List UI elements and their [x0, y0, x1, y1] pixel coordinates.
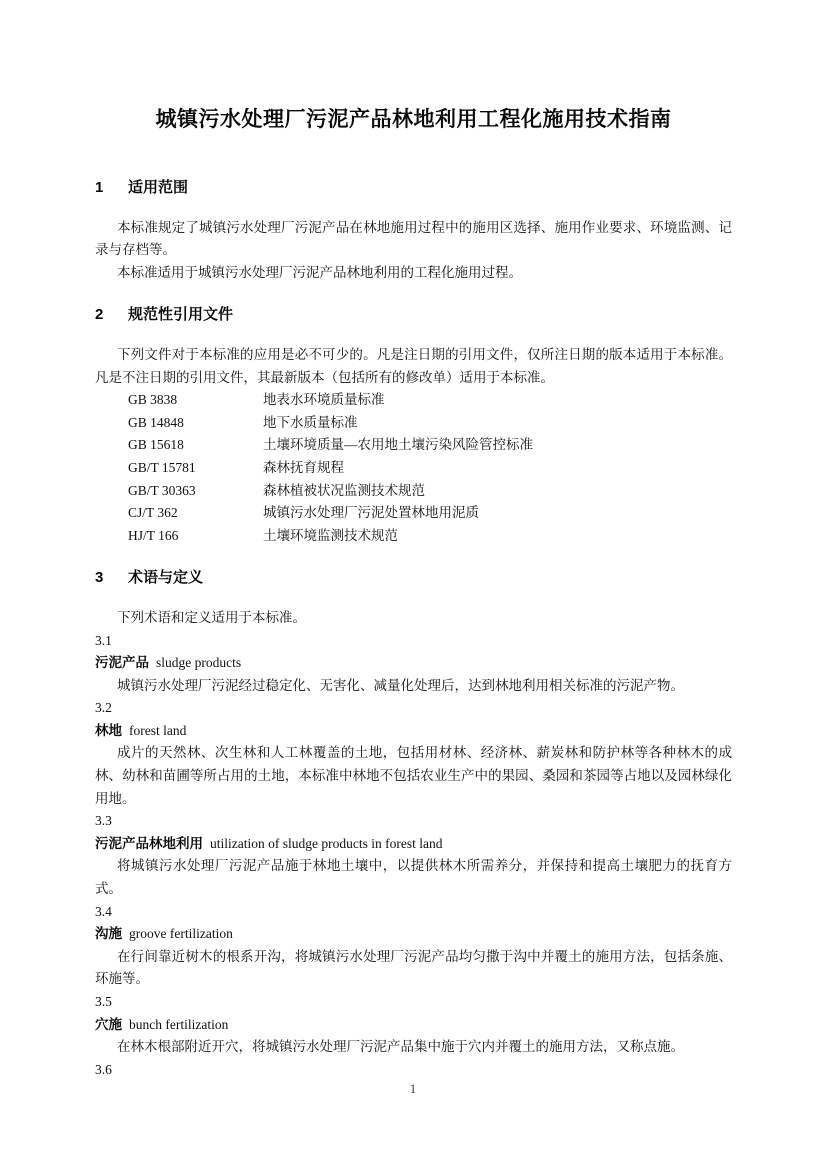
reference-row: GB 14848地下水质量标准 [128, 412, 732, 435]
term-name-en: forest land [129, 723, 186, 738]
term-name: 林地forest land [95, 720, 732, 743]
section-number: 1 [95, 177, 128, 200]
scope-paragraph-1: 本标准规定了城镇污水处理厂污泥产品在林地施用过程中的施用区选择、施用作业要求、环… [95, 217, 732, 262]
term-name-zh: 穴施 [95, 1017, 122, 1032]
term-number: 3.6 [95, 1059, 732, 1082]
reference-code: GB 3838 [128, 389, 263, 412]
reference-row: GB 3838地表水环境质量标准 [128, 389, 732, 412]
term-name-zh: 林地 [95, 723, 122, 738]
section-number: 2 [95, 304, 128, 327]
page-number: 1 [0, 1080, 826, 1098]
reference-row: GB/T 30363森林植被状况监测技术规范 [128, 480, 732, 503]
section-title: 规范性引用文件 [128, 306, 233, 323]
term-name-zh: 污泥产品林地利用 [95, 836, 203, 851]
reference-title: 土壤环境监测技术规范 [263, 528, 398, 543]
terms-intro: 下列术语和定义适用于本标准。 [95, 607, 732, 630]
section-2-heading: 2规范性引用文件 [95, 304, 732, 327]
term-number: 3.1 [95, 630, 732, 653]
term-definition: 成片的天然林、次生林和人工林覆盖的土地，包括用材林、经济林、薪炭林和防护林等各种… [95, 742, 732, 810]
document-page: 城镇污水处理厂污泥产品林地利用工程化施用技术指南 1适用范围 本标准规定了城镇污… [0, 0, 826, 1169]
term-name-en: groove fertilization [129, 926, 233, 941]
term-number: 3.3 [95, 810, 732, 833]
reference-code: CJ/T 362 [128, 502, 263, 525]
term-name: 穴施bunch fertilization [95, 1014, 732, 1037]
term-name: 污泥产品林地利用utilization of sludge products i… [95, 833, 732, 856]
reference-title: 城镇污水处理厂污泥处置林地用泥质 [263, 505, 479, 520]
term-definition: 在行间靠近树木的根系开沟，将城镇污水处理厂污泥产品均匀撒于沟中并覆土的施用方法，… [95, 946, 732, 991]
term-definition: 在林木根部附近开穴，将城镇污水处理厂污泥产品集中施于穴内并覆土的施用方法，又称点… [95, 1036, 732, 1059]
term-name-en: utilization of sludge products in forest… [210, 836, 442, 851]
reference-code: GB 15618 [128, 434, 263, 457]
term-name-en: bunch fertilization [129, 1017, 228, 1032]
reference-code: GB 14848 [128, 412, 263, 435]
reference-code: GB/T 30363 [128, 480, 263, 503]
section-3-heading: 3术语与定义 [95, 567, 732, 590]
section-title: 适用范围 [128, 179, 188, 196]
section-title: 术语与定义 [128, 569, 203, 586]
reference-title: 土壤环境质量—农用地土壤污染风险管控标准 [263, 437, 533, 452]
term-definition: 城镇污水处理厂污泥经过稳定化、无害化、减量化处理后，达到林地利用相关标准的污泥产… [95, 675, 732, 698]
reference-row: CJ/T 362城镇污水处理厂污泥处置林地用泥质 [128, 502, 732, 525]
term-name: 沟施groove fertilization [95, 923, 732, 946]
reference-code: GB/T 15781 [128, 457, 263, 480]
term-name: 污泥产品sludge products [95, 652, 732, 675]
term-definition: 将城镇污水处理厂污泥产品施于林地土壤中，以提供林木所需养分，并保持和提高土壤肥力… [95, 855, 732, 900]
reference-title: 森林植被状况监测技术规范 [263, 483, 425, 498]
reference-code: HJ/T 166 [128, 525, 263, 548]
reference-row: GB 15618土壤环境质量—农用地土壤污染风险管控标准 [128, 434, 732, 457]
reference-title: 地下水质量标准 [263, 415, 358, 430]
reference-row: GB/T 15781森林抚育规程 [128, 457, 732, 480]
section-number: 3 [95, 567, 128, 590]
section-1-heading: 1适用范围 [95, 177, 732, 200]
reference-title: 森林抚育规程 [263, 460, 344, 475]
term-name-en: sludge products [156, 655, 241, 670]
reference-title: 地表水环境质量标准 [263, 392, 385, 407]
reference-row: HJ/T 166土壤环境监测技术规范 [128, 525, 732, 548]
term-name-zh: 污泥产品 [95, 655, 149, 670]
scope-paragraph-2: 本标准适用于城镇污水处理厂污泥产品林地利用的工程化施用过程。 [95, 262, 732, 285]
term-number: 3.4 [95, 901, 732, 924]
term-name-zh: 沟施 [95, 926, 122, 941]
normative-refs-paragraph: 下列文件对于本标准的应用是必不可少的。凡是注日期的引用文件，仅所注日期的版本适用… [95, 344, 732, 389]
document-title: 城镇污水处理厂污泥产品林地利用工程化施用技术指南 [95, 103, 732, 137]
term-number: 3.5 [95, 991, 732, 1014]
references-list: GB 3838地表水环境质量标准 GB 14848地下水质量标准 GB 1561… [95, 389, 732, 547]
term-number: 3.2 [95, 697, 732, 720]
